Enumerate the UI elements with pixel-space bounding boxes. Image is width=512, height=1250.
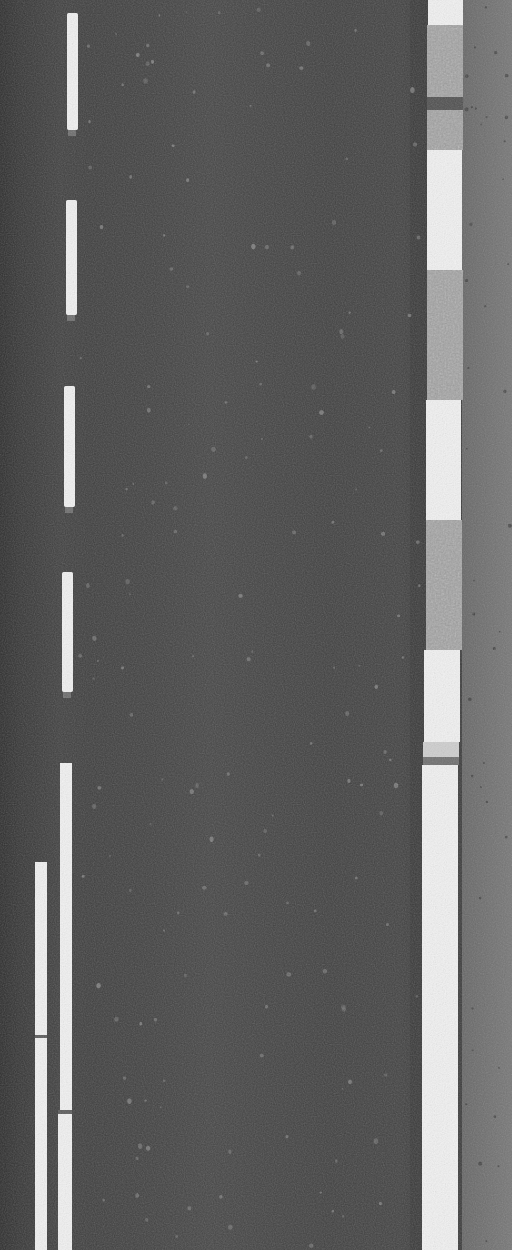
grain-overlay bbox=[0, 0, 512, 1250]
road-surface-image: Top-down grayscale scan of an asphalt ro… bbox=[0, 0, 512, 1250]
pavement-drawing bbox=[0, 0, 512, 1250]
